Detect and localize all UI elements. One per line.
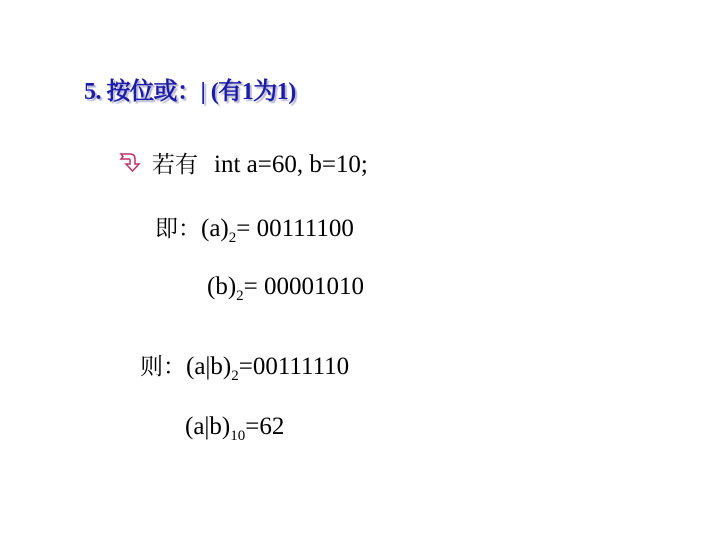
binary-a-expr: (a) xyxy=(201,215,229,242)
result-binary-expr: (a|b) xyxy=(186,353,231,380)
binary-b-expr: (b) xyxy=(207,273,236,300)
result-decimal-expr: (a|b) xyxy=(185,413,230,440)
slide: 5. 按位或：| (有1为1) 若有int a=60, b=10; 即：(a)2… xyxy=(0,0,720,540)
result-decimal-base: 10 xyxy=(230,428,245,444)
binary-b-value: = 00001010 xyxy=(244,273,364,300)
declaration-line: 若有int a=60, b=10; xyxy=(152,150,368,180)
result-binary-base: 2 xyxy=(231,368,239,384)
slide-title: 5. 按位或：| (有1为1) xyxy=(84,77,296,107)
result-decimal-line: (a|b)10=62 xyxy=(185,412,284,442)
result-binary-prefix: 则： xyxy=(140,354,186,380)
binary-b-line: (b)2= 00001010 xyxy=(207,272,364,302)
curved-arrow-down-icon xyxy=(119,150,143,174)
result-decimal-value: =62 xyxy=(245,413,284,440)
result-binary-value: =00111110 xyxy=(239,353,349,380)
binary-b-base: 2 xyxy=(236,288,244,304)
result-binary-line: 则：(a|b)2=00111110 xyxy=(140,352,349,382)
declaration-prefix: 若有 xyxy=(152,152,198,178)
binary-a-prefix: 即： xyxy=(155,216,201,242)
binary-a-line: 即：(a)2= 00111100 xyxy=(155,214,354,244)
binary-a-value: = 00111100 xyxy=(236,215,354,242)
declaration-code: int a=60, b=10; xyxy=(214,151,368,178)
